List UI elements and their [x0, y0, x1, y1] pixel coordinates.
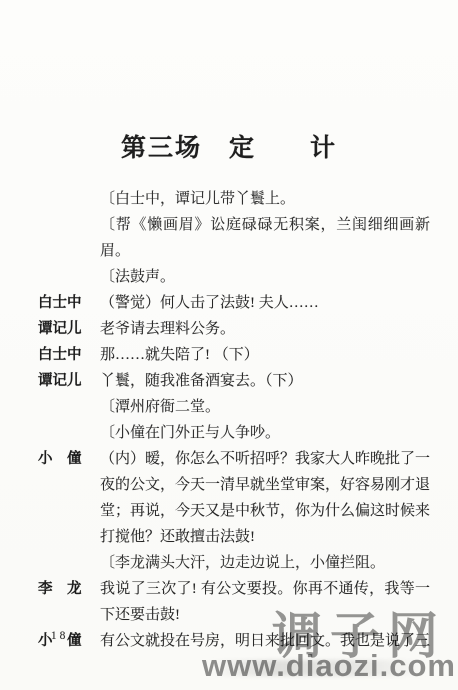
- dialogue-text: 那……就失陪了! （下）: [100, 342, 430, 368]
- stage-direction-text: 〔小僮在门外正与人争吵。: [100, 420, 430, 446]
- scanned-book-page: 第三场 定 计 〔白士中，谭记儿带丫鬟上。〔帮《懒画眉》讼庭碌碌无积案，兰闺细细…: [0, 0, 458, 690]
- speaker-name: 小 僮: [38, 446, 88, 550]
- watermark-site-url: www.diaozi.com: [202, 648, 456, 684]
- page-number: ·18·: [44, 630, 75, 642]
- stage-direction-line: 〔潭州府衙二堂。: [38, 394, 430, 420]
- speaker-name: 谭记儿: [38, 316, 88, 342]
- dialogue-text: （内）暧，你怎么不听招呼？我家大人昨晚批了一夜的公文，今天一清早就坐堂审案，好容…: [100, 446, 430, 550]
- stage-indent: [38, 186, 100, 212]
- script-body: 〔白士中，谭记儿带丫鬟上。〔帮《懒画眉》讼庭碌碌无积案，兰闺细细画新眉。〔法鼓声…: [38, 186, 430, 654]
- stage-direction-text: 〔法鼓声。: [100, 264, 430, 290]
- dialogue-text: （警觉）何人击了法鼓! 夫人……: [100, 290, 430, 316]
- dialogue-line: 白士中那……就失陪了! （下）: [38, 342, 430, 368]
- stage-direction-line: 〔白士中，谭记儿带丫鬟上。: [38, 186, 430, 212]
- scene-title: 第三场 定 计: [0, 128, 458, 164]
- dialogue-line: 小 僮（内）暧，你怎么不听招呼？我家大人昨晚批了一夜的公文，今天一清早就坐堂审案…: [38, 446, 430, 550]
- stage-direction-text: 〔帮《懒画眉》讼庭碌碌无积案，兰闺细细画新眉。: [100, 212, 430, 264]
- dialogue-text: 老爷请去理料公务。: [100, 316, 430, 342]
- speaker-name: 白士中: [38, 290, 88, 316]
- dialogue-line: 谭记儿丫鬟，随我准备酒宴去。（下）: [38, 368, 430, 394]
- stage-direction-line: 〔小僮在门外正与人争吵。: [38, 420, 430, 446]
- speaker-name: 白士中: [38, 342, 88, 368]
- stage-direction-line: 〔帮《懒画眉》讼庭碌碌无积案，兰闺细细画新眉。: [38, 212, 430, 264]
- stage-direction-text: 〔白士中，谭记儿带丫鬟上。: [100, 186, 430, 212]
- dialogue-line: 谭记儿老爷请去理料公务。: [38, 316, 430, 342]
- speaker-name: 李 龙: [38, 576, 88, 628]
- stage-indent: [38, 420, 100, 446]
- stage-direction-line: 〔李龙满头大汗，边走边说上，小僮拦阻。: [38, 550, 430, 576]
- stage-indent: [38, 394, 100, 420]
- stage-indent: [38, 264, 100, 290]
- speaker-name: 谭记儿: [38, 368, 88, 394]
- stage-direction-text: 〔潭州府衙二堂。: [100, 394, 430, 420]
- stage-direction-text: 〔李龙满头大汗，边走边说上，小僮拦阻。: [100, 550, 430, 576]
- stage-direction-line: 〔法鼓声。: [38, 264, 430, 290]
- dialogue-line: 白士中（警觉）何人击了法鼓! 夫人……: [38, 290, 430, 316]
- dialogue-text: 丫鬟，随我准备酒宴去。（下）: [100, 368, 430, 394]
- stage-indent: [38, 212, 100, 264]
- stage-indent: [38, 550, 100, 576]
